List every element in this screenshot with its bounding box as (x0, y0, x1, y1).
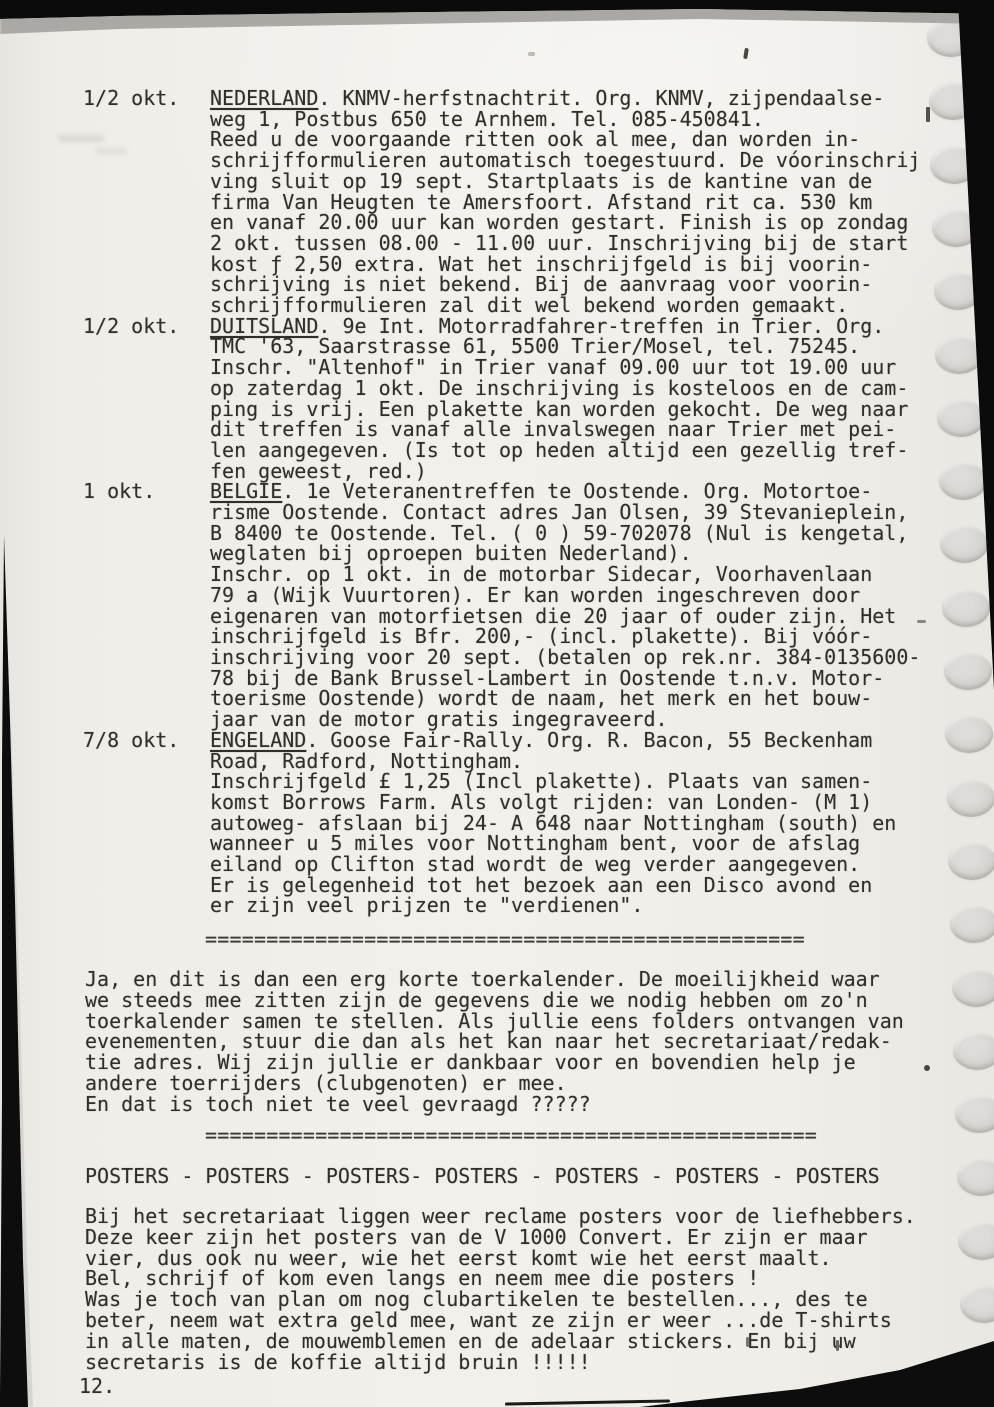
event-text: . 9e Int. Motorradfahrer-treffen in Trie… (210, 314, 908, 483)
event-description: ENGELAND. Goose Fair-Rally. Org. R. Baco… (210, 730, 896, 916)
event-list: 1/2 okt.NEDERLAND. KNMV-herfstnachtrit. … (83, 88, 963, 916)
binding-hole (932, 209, 980, 247)
event-date: 1/2 okt. (83, 88, 210, 109)
event-description: DUITSLAND. 9e Int. Motorradfahrer-treffe… (210, 316, 908, 482)
binding-hole (947, 779, 994, 817)
event-text: . Goose Fair-Rally. Org. R. Bacon, 55 Be… (210, 728, 896, 918)
binding-hole (953, 1032, 994, 1070)
binding-hole (950, 905, 994, 943)
event-text: . 1e Veteranentreffen te Oostende. Org. … (210, 479, 920, 731)
closing-note: Ja, en dit is dan een erg korte toerkale… (85, 969, 904, 1115)
page-number: 12. (79, 1376, 115, 1397)
toerkalender-event: 1/2 okt.NEDERLAND. KNMV-herfstnachtrit. … (83, 88, 963, 316)
binding-hole (930, 146, 978, 184)
event-description: NEDERLAND. KNMV-herfstnachtrit. Org. KNM… (210, 88, 920, 316)
event-date: 1 okt. (83, 481, 210, 502)
binding-hole (929, 82, 977, 120)
event-text: . KNMV-herfstnachtrit. Org. KNMV, zijpen… (210, 86, 920, 317)
binding-hole (937, 399, 985, 437)
toerkalender-event: 7/8 okt.ENGELAND. Goose Fair-Rally. Org.… (83, 730, 963, 916)
event-description: BELGIE. 1e Veteranentreffen te Oostende.… (210, 481, 920, 729)
binding-hole (939, 462, 987, 500)
binding-hole (958, 1222, 994, 1260)
binding-hole (944, 652, 992, 690)
event-date: 1/2 okt. (83, 316, 210, 337)
separator-line-top: ========================================… (205, 929, 805, 950)
posters-heading: POSTERS - POSTERS - POSTERS- POSTERS - P… (85, 1166, 880, 1187)
binding-hole (935, 336, 983, 374)
posters-paragraph: Bij het secretariaat liggen weer reclame… (85, 1206, 916, 1372)
binding-hole (934, 272, 982, 310)
toerkalender-event: 1 okt.BELGIE. 1e Veteranentreffen te Oos… (83, 481, 963, 729)
separator-line-bottom: ========================================… (205, 1125, 817, 1146)
scanned-page: 1/2 okt.NEDERLAND. KNMV-herfstnachtrit. … (0, 0, 994, 1407)
binding-hole (948, 842, 994, 880)
binding-hole (952, 969, 994, 1007)
event-date: 7/8 okt. (83, 730, 210, 751)
toerkalender-event: 1/2 okt.DUITSLAND. 9e Int. Motorradfahre… (83, 316, 963, 482)
binding-hole (942, 589, 990, 627)
binding-hole (927, 19, 975, 57)
